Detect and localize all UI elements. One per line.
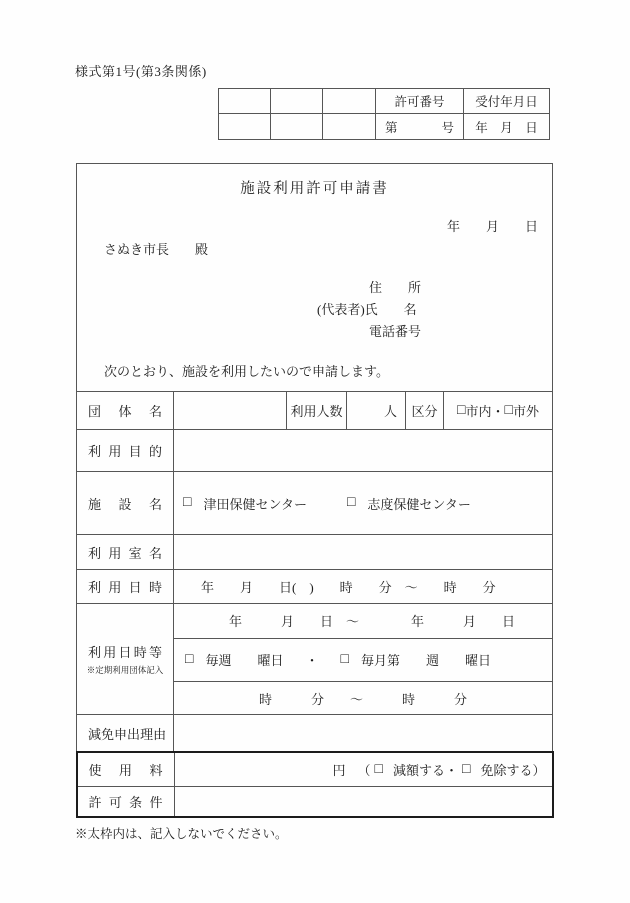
intro-sentence: 次のとおり、施設を利用したいので申請します。 [104, 361, 389, 380]
addressee-honorific: 殿 [195, 239, 208, 258]
datetime-input[interactable]: 年 月 日( ) 時 分 ～ 時 分 [174, 570, 552, 603]
conditions-label: 許可条件 [78, 787, 175, 816]
office-stamp-cell-2[interactable] [271, 89, 323, 114]
schedule-period-input[interactable]: 年 月 日 ～ 年 月 日 [174, 604, 552, 638]
waiver-row: 減免申出理由 [77, 714, 552, 751]
checkbox-fee-exempt[interactable]: □ [462, 763, 470, 777]
form-table: 団体名 利用人数 人 区分 □ 市内 ・ □ 市外 利用目的 [77, 391, 552, 817]
fee-label: 使用料 [78, 753, 175, 786]
checkbox-outside-city[interactable]: □ [505, 404, 513, 418]
office-use-table: 許可番号 受付年月日 第 号 年 月 日 [218, 88, 550, 140]
group-name-input[interactable] [174, 392, 287, 429]
facility-option-tsuda: □ 津田保健センター [183, 494, 307, 513]
permit-number-field[interactable]: 第 号 [376, 114, 464, 139]
address-field[interactable]: 住 所 [317, 277, 421, 299]
application-form-box: 施設利用許可申請書 年 月 日 さぬき市長 殿 住 所 (代表者)氏 名 電話番… [76, 163, 553, 818]
fee-input[interactable]: 円 （ □ 減額する ・ □ 免除する ） [175, 753, 552, 786]
conditions-row: 許可条件 [78, 786, 552, 816]
people-count-label: 利用人数 [287, 392, 347, 429]
checkbox-shido-center[interactable]: □ [347, 496, 355, 510]
checkbox-fee-reduce[interactable]: □ [375, 763, 383, 777]
form-code: 様式第1号(第3条関係) [75, 61, 207, 80]
schedule-content: 年 月 日 ～ 年 月 日 □ 毎週 曜日 ・ □ 毎月第 週 曜日 時 分 ～… [174, 604, 552, 714]
office-stamp-cell-3[interactable] [323, 89, 376, 114]
purpose-input[interactable] [174, 430, 552, 471]
category-options: □ 市内 ・ □ 市外 [444, 392, 552, 429]
fee-reduce-label: 減額する [393, 760, 445, 779]
checkbox-tsuda-center[interactable]: □ [183, 496, 191, 510]
category-separator: ・ [491, 401, 504, 420]
applicant-block: 住 所 (代表者)氏 名 電話番号 [317, 277, 421, 343]
inside-city-label: 市内 [465, 401, 491, 420]
datetime-row: 利用日時 年 月 日( ) 時 分 ～ 時 分 [77, 569, 552, 603]
representative-name-field[interactable]: (代表者)氏 名 [317, 299, 421, 321]
fee-separator: ・ [445, 760, 458, 779]
outside-city-label: 市外 [513, 401, 539, 420]
permit-number-prefix: 第 [385, 118, 398, 136]
fee-exempt-label: 免除する [480, 760, 532, 779]
document-title: 施設利用許可申請書 [77, 177, 552, 198]
fee-unit: 円 [332, 760, 345, 779]
tsuda-center-label: 津田保健センター [203, 494, 306, 513]
receipt-date-header: 受付年月日 [464, 89, 549, 114]
schedule-time-input[interactable]: 時 分 ～ 時 分 [174, 681, 552, 714]
waiver-input[interactable] [174, 715, 552, 751]
waiver-label: 減免申出理由 [77, 715, 174, 751]
facility-options: □ 津田保健センター □ 志度保健センター [174, 472, 552, 534]
group-name-label: 団体名 [77, 392, 174, 429]
group-row: 団体名 利用人数 人 区分 □ 市内 ・ □ 市外 [77, 391, 552, 429]
checkbox-weekly[interactable]: □ [185, 653, 193, 667]
purpose-row: 利用目的 [77, 429, 552, 471]
checkbox-monthly[interactable]: □ [341, 653, 349, 667]
office-stamp-cell-4[interactable] [219, 114, 271, 139]
conditions-input[interactable] [175, 787, 552, 816]
schedule-repeat-input: □ 毎週 曜日 ・ □ 毎月第 週 曜日 [174, 638, 552, 682]
permit-number-header: 許可番号 [376, 89, 464, 114]
fee-paren-close: ） [532, 760, 545, 779]
footer-note: ※太枠内は、記入しないでください。 [75, 824, 288, 842]
room-input[interactable] [174, 535, 552, 569]
application-form-page: { "glyphs": { "checkbox": "□" }, "header… [0, 0, 630, 903]
schedule-note: ※定期利用団体記入 [87, 664, 164, 676]
monthly-label: 毎月第 週 曜日 [361, 650, 491, 669]
fee-paren-open: （ [357, 760, 370, 779]
permit-number-suffix: 号 [441, 118, 454, 136]
office-stamp-cell-6[interactable] [323, 114, 376, 139]
datetime-label: 利用日時 [77, 570, 174, 603]
application-date-field[interactable]: 年 月 日 [447, 216, 538, 235]
office-stamp-cell-1[interactable] [219, 89, 271, 114]
phone-field[interactable]: 電話番号 [317, 321, 421, 343]
facility-option-shido: □ 志度保健センター [347, 494, 471, 513]
schedule-label: 利用日時等 ※定期利用団体記入 [77, 604, 174, 714]
room-row: 利用室名 [77, 534, 552, 569]
people-count-input[interactable]: 人 [347, 392, 406, 429]
category-label: 区分 [406, 392, 444, 429]
repeat-separator: ・ [305, 650, 318, 669]
room-label: 利用室名 [77, 535, 174, 569]
group-row-content: 利用人数 人 区分 □ 市内 ・ □ 市外 [174, 392, 552, 429]
facility-row: 施設名 □ 津田保健センター □ 志度保健センター [77, 471, 552, 534]
addressee-line: さぬき市長 殿 [104, 239, 208, 258]
schedule-row: 利用日時等 ※定期利用団体記入 年 月 日 ～ 年 月 日 □ 毎週 曜日 ・ … [77, 603, 552, 714]
addressee-name: さぬき市長 [104, 239, 169, 258]
facility-label: 施設名 [77, 472, 174, 534]
weekly-label: 毎週 曜日 [205, 650, 283, 669]
office-stamp-cell-5[interactable] [271, 114, 323, 139]
receipt-date-field[interactable]: 年 月 日 [464, 114, 549, 139]
checkbox-inside-city[interactable]: □ [457, 404, 465, 418]
office-only-section: 使用料 円 （ □ 減額する ・ □ 免除する ） 許可条件 [76, 751, 554, 818]
purpose-label: 利用目的 [77, 430, 174, 471]
fee-row: 使用料 円 （ □ 減額する ・ □ 免除する ） [78, 753, 552, 786]
shido-center-label: 志度保健センター [367, 494, 470, 513]
